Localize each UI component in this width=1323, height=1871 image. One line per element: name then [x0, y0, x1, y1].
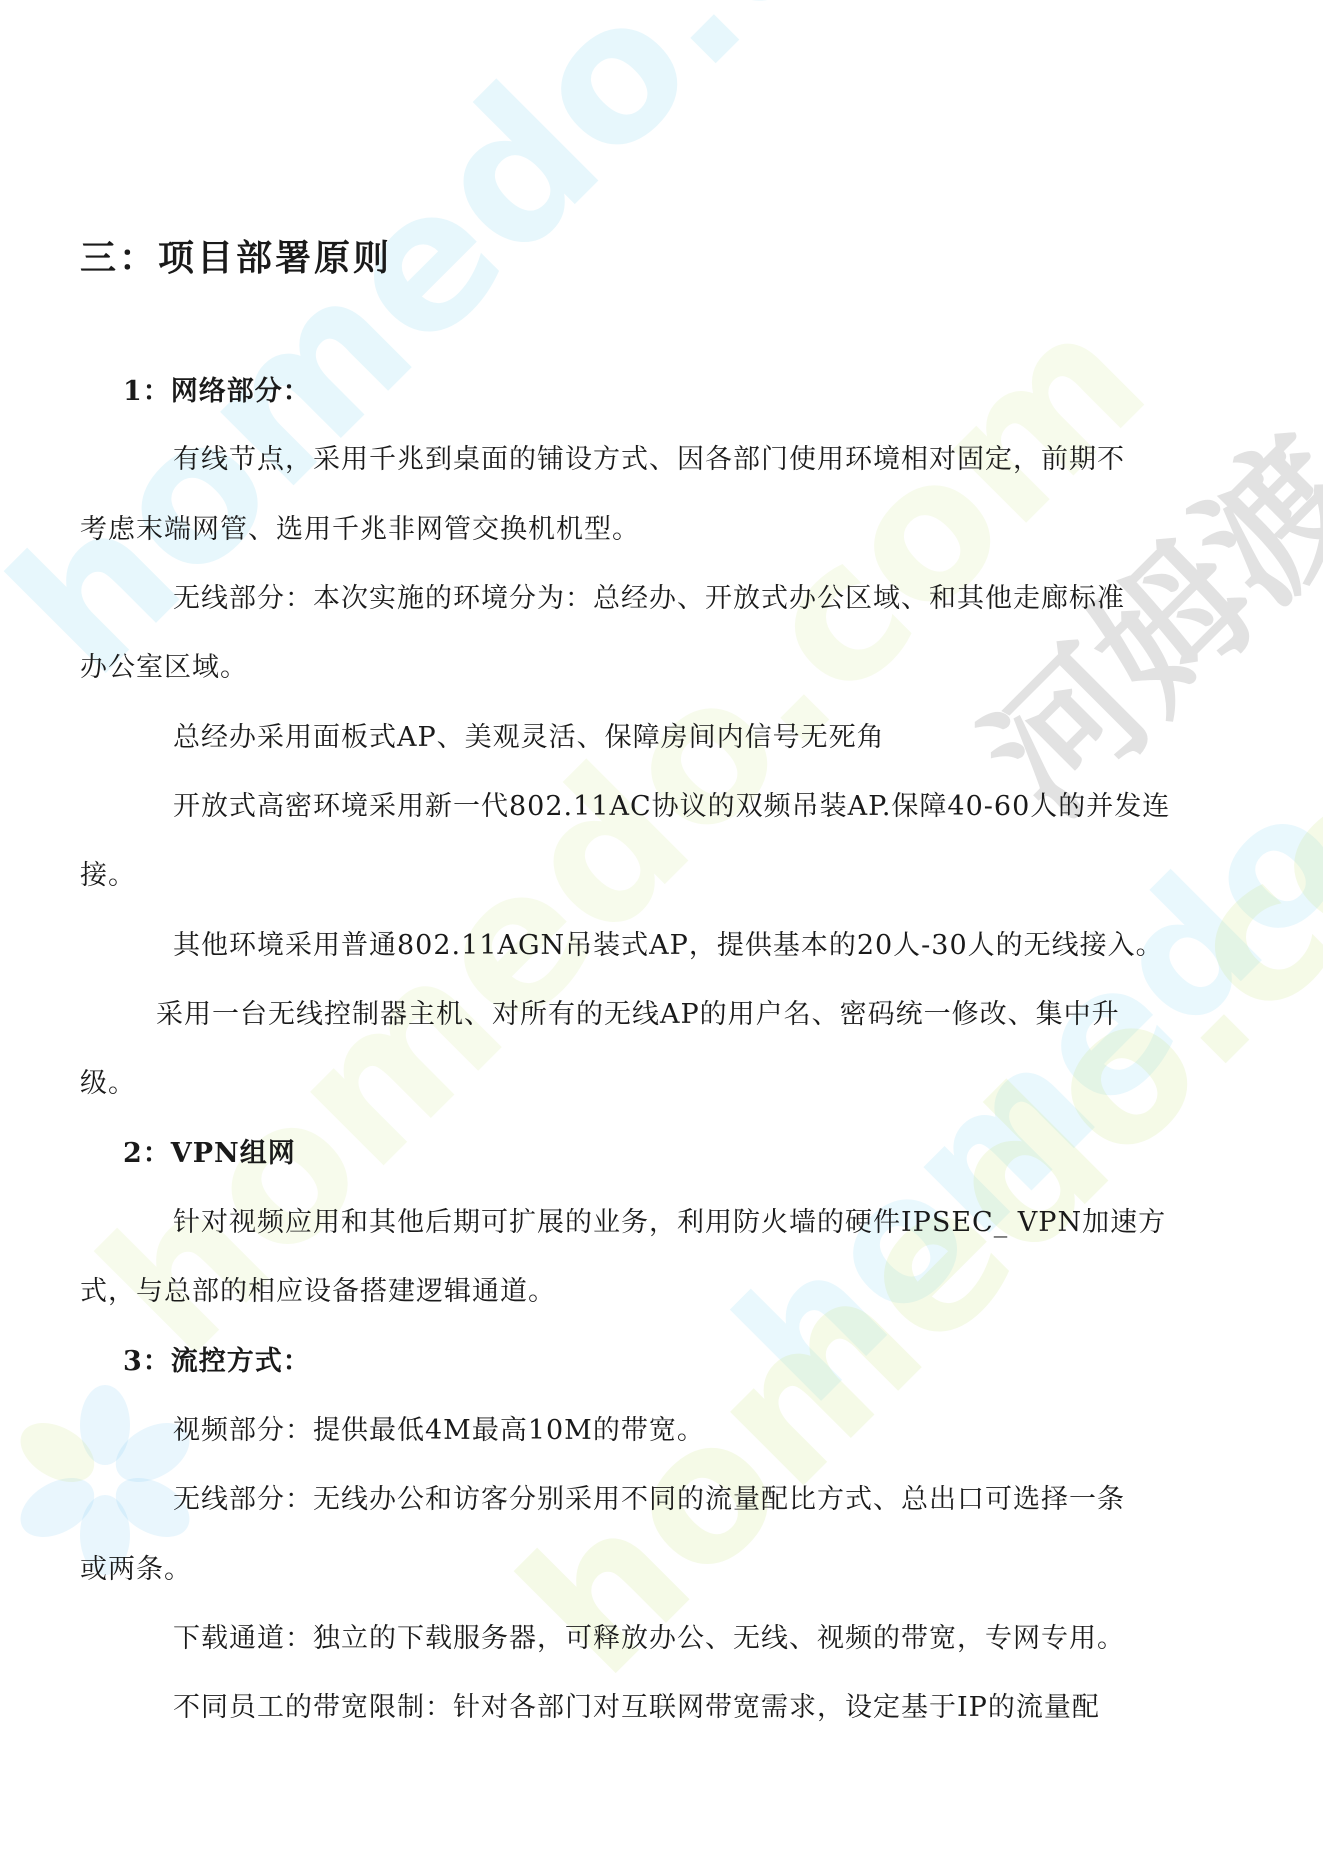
subheading-flow-control: 3：流控方式： — [123, 1344, 311, 1380]
paragraph-line: 不同员工的带宽限制：针对各部门对互联网带宽需求，设定基于IP的流量配 — [173, 1690, 1100, 1726]
paragraph-line: 办公室区域。 — [80, 650, 248, 686]
section-title: 三：项目部署原则 — [80, 230, 392, 281]
paragraph-line: 视频部分：提供最低4M最高10M的带宽。 — [173, 1413, 705, 1449]
paragraph-line: 接。 — [80, 858, 136, 894]
subheading-network: 1：网络部分： — [123, 374, 311, 410]
paragraph-line: 采用一台无线控制器主机、对所有的无线AP的用户名、密码统一修改、集中升 — [156, 997, 1120, 1033]
paragraph-line: 开放式高密环境采用新一代802.11AC协议的双频吊装AP.保障40-60人的并… — [173, 789, 1170, 825]
paragraph-line: 无线部分：无线办公和访客分别采用不同的流量配比方式、总出口可选择一条 — [173, 1482, 1125, 1518]
paragraph-line: 其他环境采用普通802.11AGN吊装式AP，提供基本的20人-30人的无线接入… — [173, 928, 1164, 964]
paragraph-line: 式，与总部的相应设备搭建逻辑通道。 — [80, 1274, 556, 1310]
subheading-vpn: 2：VPN组网 — [123, 1136, 296, 1172]
paragraph-line: 总经办采用面板式AP、美观灵活、保障房间内信号无死角 — [173, 720, 885, 756]
paragraph-line: 针对视频应用和其他后期可扩展的业务，利用防火墙的硬件IPSEC_ VPN加速方 — [173, 1205, 1166, 1241]
paragraph-line: 级。 — [80, 1066, 136, 1102]
paragraph-line: 或两条。 — [80, 1552, 192, 1588]
document-page: 三：项目部署原则 1：网络部分： 有线节点，采用千兆到桌面的铺设方式、因各部门使… — [0, 0, 1323, 1871]
paragraph-line: 下载通道：独立的下载服务器，可释放办公、无线、视频的带宽，专网专用。 — [173, 1621, 1125, 1657]
paragraph-line: 无线部分：本次实施的环境分为：总经办、开放式办公区域、和其他走廊标准 — [173, 581, 1125, 617]
paragraph-line: 有线节点，采用千兆到桌面的铺设方式、因各部门使用环境相对固定，前期不 — [173, 442, 1125, 478]
paragraph-line: 考虑末端网管、选用千兆非网管交换机机型。 — [80, 512, 640, 548]
